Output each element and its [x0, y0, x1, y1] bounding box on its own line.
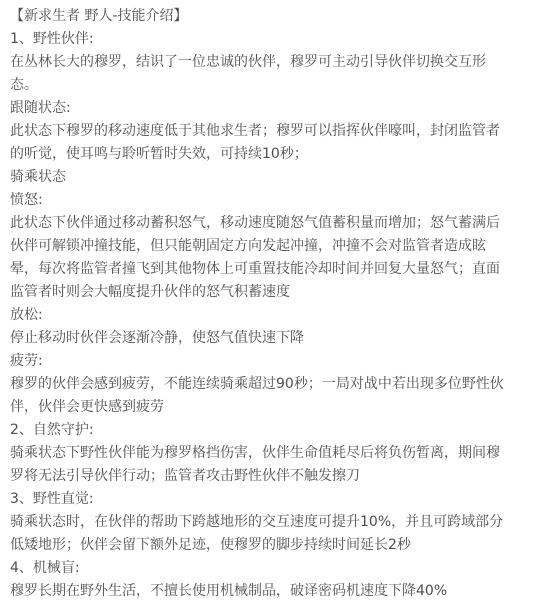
skill-3-heading: 3、野性直觉:	[10, 488, 510, 511]
rage-substate-heading: 愤怒:	[10, 189, 510, 212]
skill-4-description: 穆罗长期在野外生活，不擅长使用机械制品，破译密码机速度下降40%	[10, 580, 510, 603]
article-body: 【新求生者 野人-技能介绍】 1、野性伙伴: 在丛林长大的穆罗，结识了一位忠诚的…	[0, 0, 534, 603]
rage-substate-description: 此状态下伙伴通过移动蓄积怒气，移动速度随怒气值蓄积量而增加；怒气蓄满后伙伴可解锁…	[10, 212, 510, 304]
skill-3-description: 骑乘状态时，在伙伴的帮助下跨越地形的交互速度可提升10%，并且可跨域部分低矮地形…	[10, 511, 510, 557]
doc-title: 【新求生者 野人-技能介绍】	[10, 5, 510, 28]
fatigue-substate-heading: 疲劳:	[10, 350, 510, 373]
skill-4-heading: 4、机械盲:	[10, 557, 510, 580]
fatigue-substate-description: 穆罗的伙伴会感到疲劳，不能连续骑乘超过90秒；一局对战中若出现多位野性伙伴，伙伴…	[10, 373, 510, 419]
follow-state-heading: 跟随状态:	[10, 97, 510, 120]
follow-state-description: 此状态下穆罗的移动速度低于其他求生者；穆罗可以指挥伙伴嚎叫，封闭监管者的听觉，使…	[10, 120, 510, 166]
relax-substate-heading: 放松:	[10, 304, 510, 327]
skill-2-heading: 2、自然守护:	[10, 419, 510, 442]
ride-state-heading: 骑乘状态	[10, 166, 510, 189]
skill-1-description: 在丛林长大的穆罗，结识了一位忠诚的伙伴，穆罗可主动引导伙伴切换交互形态。	[10, 51, 510, 97]
relax-substate-description: 停止移动时伙伴会逐渐冷静，使怒气值快速下降	[10, 327, 510, 350]
skill-1-heading: 1、野性伙伴:	[10, 28, 510, 51]
skill-2-description: 骑乘状态下野性伙伴能为穆罗格挡伤害，伙伴生命值耗尽后将负伤暂离，期间穆罗将无法引…	[10, 442, 510, 488]
